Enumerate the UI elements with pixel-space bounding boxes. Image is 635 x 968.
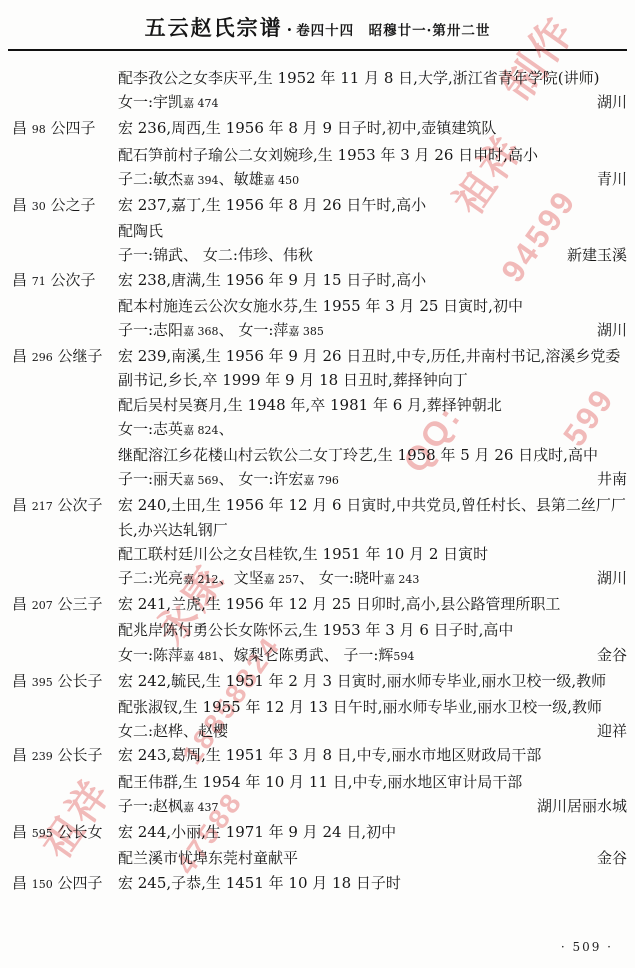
entry-row: 配兰溪市忧埠东莞村童献平金谷 bbox=[0, 846, 635, 870]
residence-place: 金谷 bbox=[597, 846, 627, 870]
entry-text: 子一:志阳嘉 368、 女一:萍嘉 385 bbox=[118, 318, 591, 344]
entry-row: 子二:光亮嘉 212、文坚嘉 257、 女一:晓叶嘉 243湖川 bbox=[0, 566, 635, 592]
entry-content: 子二:光亮嘉 212、文坚嘉 257、 女一:晓叶嘉 243湖川 bbox=[118, 566, 635, 592]
title-separator: · bbox=[283, 20, 297, 39]
entry-row: 配兆岸陈付勇公长女陈怀云,生 1953 年 3 月 6 日子时,高中 bbox=[0, 618, 635, 642]
entry-margin-label bbox=[0, 566, 118, 592]
entry-content: 子一:赵枫嘉 437湖川居丽水城 bbox=[118, 794, 635, 820]
entry-row: 配王伟群,生 1954 年 10 月 11 日,中专,丽水地区审计局干部 bbox=[0, 770, 635, 794]
rank-number: 71 bbox=[32, 275, 46, 288]
volume-subtitle: 卷四十四 昭穆廿一·第卅二世 bbox=[296, 23, 490, 39]
entry-text-segment: 子一:丽天 bbox=[118, 470, 183, 488]
entry-text: 配兰溪市忧埠东莞村童献平 bbox=[118, 846, 591, 870]
entry-margin-label bbox=[0, 443, 118, 467]
entry-margin-label bbox=[0, 770, 118, 794]
entry-row: 继配溶江乡花楼山村云钦公二女丁玲艺,生 1958 年 5 月 26 日戌时,高中 bbox=[0, 443, 635, 467]
entry-text-segment: 宏 243,葛周,生 1951 年 3 月 8 日,中专,丽水市地区财政局干部 bbox=[118, 746, 541, 764]
rank-number: 嘉 368 bbox=[183, 325, 219, 338]
entries-list: 配李孜公之女李庆平,生 1952 年 11 月 8 日,大学,浙江省青年学院(讲… bbox=[0, 66, 635, 897]
entry-margin-label bbox=[0, 318, 118, 344]
entry-row: 配陶氏 bbox=[0, 219, 635, 243]
entry-content: 宏 237,嘉丁,生 1956 年 8 月 26 日午时,高小 bbox=[118, 193, 635, 219]
entry-text: 女二:赵桦、赵樱 bbox=[118, 719, 591, 743]
rank-number: 嘉 385 bbox=[288, 325, 324, 338]
rank-number: 嘉 257 bbox=[264, 573, 300, 586]
entry-text-segment: 昌 bbox=[12, 496, 32, 514]
entry-content: 子二:敏杰嘉 394、敏雄嘉 450青川 bbox=[118, 167, 635, 193]
residence-place: 湖川居丽水城 bbox=[537, 794, 627, 818]
entry-text: 宏 244,小丽,生 1971 年 9 月 24 日,初中 bbox=[118, 820, 627, 844]
entry-text-segment: 继配溶江乡花楼山村云钦公二女丁玲艺,生 1958 年 5 月 26 日戌时,高中 bbox=[118, 446, 598, 464]
rank-number: 239 bbox=[32, 750, 53, 763]
residence-place: 湖川 bbox=[597, 90, 627, 114]
entry-text-segment: 公四子 bbox=[46, 119, 96, 137]
residence-place: 湖川 bbox=[597, 566, 627, 590]
entry-text-segment: 子一:锦武、 女二:伟珍、伟秋 bbox=[118, 246, 313, 264]
entry-content: 配工联村廷川公之女吕桂钦,生 1951 年 10 月 2 日寅时 bbox=[118, 542, 635, 566]
rank-number: 296 bbox=[32, 351, 53, 364]
rank-number: 595 bbox=[32, 827, 53, 840]
entry-row: 配后吴村吴赛月,生 1948 年,卒 1981 年 6 月,葬择钟朝北 bbox=[0, 393, 635, 417]
entry-text-segment: 子一:志阳 bbox=[118, 321, 183, 339]
entry-content: 宏 238,唐满,生 1956 年 9 月 15 日子时,高小 bbox=[118, 268, 635, 294]
entry-margin-label: 昌 296 公继子 bbox=[0, 344, 118, 392]
entry-row: 昌 395 公长子宏 242,毓民,生 1951 年 2 月 3 日寅时,丽水师… bbox=[0, 669, 635, 695]
rank-number: 嘉 243 bbox=[384, 573, 420, 586]
entry-content: 宏 239,南溪,生 1956 年 9 月 26 日丑时,中专,历任,井南村书记… bbox=[118, 344, 635, 392]
entry-margin-label bbox=[0, 294, 118, 318]
entry-text: 子一:锦武、 女二:伟珍、伟秋 bbox=[118, 243, 561, 267]
entry-text-segment: 宏 239,南溪,生 1956 年 9 月 26 日丑时,中专,历任,井南村书记… bbox=[118, 347, 620, 389]
entry-text-segment: 昌 bbox=[12, 271, 32, 289]
rank-number: 嘉 394 bbox=[183, 174, 219, 187]
entry-text: 宏 237,嘉丁,生 1956 年 8 月 26 日午时,高小 bbox=[118, 193, 627, 217]
entry-text-segment: 配后吴村吴赛月,生 1948 年,卒 1981 年 6 月,葬择钟朝北 bbox=[118, 396, 502, 414]
entry-content: 宏 242,毓民,生 1951 年 2 月 3 日寅时,丽水师专毕业,丽水卫校一… bbox=[118, 669, 635, 695]
entry-content: 配兰溪市忧埠东莞村童献平金谷 bbox=[118, 846, 635, 870]
entry-margin-label bbox=[0, 794, 118, 820]
entry-row: 昌 207 公三子宏 241,兰虎,生 1956 年 12 月 25 日卯时,高… bbox=[0, 592, 635, 618]
entry-margin-label bbox=[0, 66, 118, 90]
entry-text-segment: 昌 bbox=[12, 672, 32, 690]
entry-text-segment: 、 女一:许宏 bbox=[219, 470, 304, 488]
entry-margin-label bbox=[0, 618, 118, 642]
entry-text-segment: 子一:赵枫 bbox=[118, 797, 183, 815]
entry-margin-label bbox=[0, 90, 118, 116]
entry-row: 配石笋前村子瑜公二女刘婉珍,生 1953 年 3 月 26 日申时,高小 bbox=[0, 143, 635, 167]
entry-text: 宏 243,葛周,生 1951 年 3 月 8 日,中专,丽水市地区财政局干部 bbox=[118, 743, 627, 767]
entry-text-segment: 女一:陈萍 bbox=[118, 646, 183, 664]
entry-text-segment: 昌 bbox=[12, 823, 32, 841]
entry-text-segment: 公次子 bbox=[53, 496, 103, 514]
entry-text-segment: 女一:志英 bbox=[118, 420, 183, 438]
entry-content: 女一:陈萍嘉 481、嫁梨仑陈勇武、 子一:辉594金谷 bbox=[118, 643, 635, 669]
entry-content: 配兆岸陈付勇公长女陈怀云,生 1953 年 3 月 6 日子时,高中 bbox=[118, 618, 635, 642]
entry-text: 配陶氏 bbox=[118, 219, 627, 243]
entry-text-segment: 配兰溪市忧埠东莞村童献平 bbox=[118, 849, 298, 867]
page-header: 五云赵氏宗谱·卷四十四 昭穆廿一·第卅二世 bbox=[0, 0, 635, 42]
entry-text-segment: 公长子 bbox=[53, 746, 103, 764]
entry-text-segment: 公继子 bbox=[53, 347, 103, 365]
rank-number: 207 bbox=[32, 599, 53, 612]
entry-margin-label bbox=[0, 719, 118, 743]
rank-number: 98 bbox=[32, 123, 46, 136]
entry-text-segment: 子二:敏杰 bbox=[118, 170, 183, 188]
entry-margin-label bbox=[0, 695, 118, 719]
entry-text-segment: 公三子 bbox=[53, 595, 103, 613]
entry-text-segment: 、 bbox=[219, 420, 234, 438]
entry-text-segment: 昌 bbox=[12, 196, 32, 214]
entry-text-segment: 昌 bbox=[12, 746, 32, 764]
entry-text: 宏 241,兰虎,生 1956 年 12 月 25 日卯时,高小,县公路管理所职… bbox=[118, 592, 627, 616]
entry-row: 女一:陈萍嘉 481、嫁梨仑陈勇武、 子一:辉594金谷 bbox=[0, 643, 635, 669]
entry-text-segment: 、 女一:晓叶 bbox=[299, 569, 384, 587]
rank-number: 嘉 474 bbox=[183, 97, 219, 110]
residence-place: 迎祥 bbox=[597, 719, 627, 743]
entry-row: 子一:志阳嘉 368、 女一:萍嘉 385湖川 bbox=[0, 318, 635, 344]
entry-text: 宏 238,唐满,生 1956 年 9 月 15 日子时,高小 bbox=[118, 268, 627, 292]
entry-content: 配张淑钗,生 1955 年 12 月 13 日午时,丽水师专毕业,丽水卫校一级,… bbox=[118, 695, 635, 719]
rank-number: 30 bbox=[32, 200, 46, 213]
entry-text: 女一:宇凯嘉 474 bbox=[118, 90, 591, 116]
entry-content: 女二:赵桦、赵樱迎祥 bbox=[118, 719, 635, 743]
entry-row: 昌 71 公次子宏 238,唐满,生 1956 年 9 月 15 日子时,高小 bbox=[0, 268, 635, 294]
entry-text: 宏 239,南溪,生 1956 年 9 月 26 日丑时,中专,历任,井南村书记… bbox=[118, 344, 627, 392]
entry-text: 宏 236,周西,生 1956 年 8 月 9 日子时,初中,壶镇建筑队 bbox=[118, 116, 627, 140]
entry-content: 宏 244,小丽,生 1971 年 9 月 24 日,初中 bbox=[118, 820, 635, 846]
entry-row: 昌 150 公四子宏 245,子恭,生 1451 年 10 月 18 日子时 bbox=[0, 871, 635, 897]
entry-text: 宏 242,毓民,生 1951 年 2 月 3 日寅时,丽水师专毕业,丽水卫校一… bbox=[118, 669, 627, 693]
entry-text-segment: 昌 bbox=[12, 595, 32, 613]
entry-content: 宏 236,周西,生 1956 年 8 月 9 日子时,初中,壶镇建筑队 bbox=[118, 116, 635, 142]
entry-text: 配石笋前村子瑜公二女刘婉珍,生 1953 年 3 月 26 日申时,高小 bbox=[118, 143, 627, 167]
entry-text: 女一:陈萍嘉 481、嫁梨仑陈勇武、 子一:辉594 bbox=[118, 643, 591, 669]
entry-content: 子一:丽天嘉 569、 女一:许宏嘉 796井南 bbox=[118, 467, 635, 493]
entry-text-segment: 公长女 bbox=[53, 823, 103, 841]
rank-number: 217 bbox=[32, 500, 53, 513]
rank-number: 嘉 481 bbox=[183, 650, 219, 663]
entry-content: 配本村施连云公次女施水芬,生 1955 年 3 月 25 日寅时,初中 bbox=[118, 294, 635, 318]
entry-row: 配张淑钗,生 1955 年 12 月 13 日午时,丽水师专毕业,丽水卫校一级,… bbox=[0, 695, 635, 719]
entry-margin-label bbox=[0, 417, 118, 443]
entry-content: 女一:志英嘉 824、 bbox=[118, 417, 635, 443]
entry-margin-label: 昌 239 公长子 bbox=[0, 743, 118, 769]
entry-text: 宏 240,土田,生 1956 年 12 月 6 日寅时,中共党员,曾任村长、县… bbox=[118, 493, 627, 541]
rank-number: 150 bbox=[32, 878, 53, 891]
entry-text-segment: 、嫁梨仑陈勇武、 子一:辉 bbox=[219, 646, 394, 664]
rank-number: 594 bbox=[393, 650, 414, 663]
entry-text: 女一:志英嘉 824、 bbox=[118, 417, 627, 443]
entry-row: 子一:锦武、 女二:伟珍、伟秋新建玉溪 bbox=[0, 243, 635, 267]
entry-text: 配兆岸陈付勇公长女陈怀云,生 1953 年 3 月 6 日子时,高中 bbox=[118, 618, 627, 642]
entry-text-segment: 配本村施连云公次女施水芬,生 1955 年 3 月 25 日寅时,初中 bbox=[118, 297, 523, 315]
entry-text-segment: 、敏雄 bbox=[219, 170, 264, 188]
entry-text-segment: 女一:宇凯 bbox=[118, 93, 183, 111]
entry-margin-label bbox=[0, 167, 118, 193]
entry-row: 昌 595 公长女宏 244,小丽,生 1971 年 9 月 24 日,初中 bbox=[0, 820, 635, 846]
entry-margin-label bbox=[0, 467, 118, 493]
entry-text: 子一:赵枫嘉 437 bbox=[118, 794, 531, 820]
entry-content: 配李孜公之女李庆平,生 1952 年 11 月 8 日,大学,浙江省青年学院(讲… bbox=[118, 66, 635, 90]
genealogy-page: 制作祖祥94599599QQ:永康18858824祖祥47588 五云赵氏宗谱·… bbox=[0, 0, 635, 968]
rank-number: 395 bbox=[32, 676, 53, 689]
entry-row: 昌 217 公次子宏 240,土田,生 1956 年 12 月 6 日寅时,中共… bbox=[0, 493, 635, 541]
rank-number: 嘉 569 bbox=[183, 474, 219, 487]
entry-text-segment: 公之子 bbox=[46, 196, 96, 214]
entry-text-segment: 宏 245,子恭,生 1451 年 10 月 18 日子时 bbox=[118, 874, 401, 892]
entry-text-segment: 公长子 bbox=[53, 672, 103, 690]
entry-text-segment: 公次子 bbox=[46, 271, 96, 289]
entry-text-segment: 配兆岸陈付勇公长女陈怀云,生 1953 年 3 月 6 日子时,高中 bbox=[118, 621, 513, 639]
entry-text: 子二:敏杰嘉 394、敏雄嘉 450 bbox=[118, 167, 591, 193]
entry-margin-label bbox=[0, 393, 118, 417]
entry-text-segment: 、 女一:萍 bbox=[219, 321, 289, 339]
entry-text-segment: 宏 241,兰虎,生 1956 年 12 月 25 日卯时,高小,县公路管理所职… bbox=[118, 595, 560, 613]
entry-margin-label: 昌 217 公次子 bbox=[0, 493, 118, 541]
entry-text-segment: 公四子 bbox=[53, 874, 103, 892]
entry-row: 子二:敏杰嘉 394、敏雄嘉 450青川 bbox=[0, 167, 635, 193]
entry-text: 配后吴村吴赛月,生 1948 年,卒 1981 年 6 月,葬择钟朝北 bbox=[118, 393, 627, 417]
entry-margin-label: 昌 71 公次子 bbox=[0, 268, 118, 294]
entry-margin-label bbox=[0, 846, 118, 870]
entry-text-segment: 配张淑钗,生 1955 年 12 月 13 日午时,丽水师专毕业,丽水卫校一级,… bbox=[118, 698, 602, 716]
entry-margin-label bbox=[0, 243, 118, 267]
entry-text: 配工联村廷川公之女吕桂钦,生 1951 年 10 月 2 日寅时 bbox=[118, 542, 627, 566]
entry-text: 配张淑钗,生 1955 年 12 月 13 日午时,丽水师专毕业,丽水卫校一级,… bbox=[118, 695, 627, 719]
entry-margin-label: 昌 595 公长女 bbox=[0, 820, 118, 846]
entry-text-segment: 宏 240,土田,生 1956 年 12 月 6 日寅时,中共党员,曾任村长、县… bbox=[118, 496, 626, 538]
entry-text: 继配溶江乡花楼山村云钦公二女丁玲艺,生 1958 年 5 月 26 日戌时,高中 bbox=[118, 443, 627, 467]
entry-text-segment: 配王伟群,生 1954 年 10 月 11 日,中专,丽水地区审计局干部 bbox=[118, 773, 522, 791]
residence-place: 湖川 bbox=[597, 318, 627, 342]
entry-row: 子一:丽天嘉 569、 女一:许宏嘉 796井南 bbox=[0, 467, 635, 493]
entry-text-segment: 宏 238,唐满,生 1956 年 9 月 15 日子时,高小 bbox=[118, 271, 426, 289]
entry-margin-label: 昌 207 公三子 bbox=[0, 592, 118, 618]
entry-margin-label: 昌 98 公四子 bbox=[0, 116, 118, 142]
rank-number: 嘉 824 bbox=[183, 424, 219, 437]
rank-number: 嘉 212 bbox=[183, 573, 219, 586]
entry-text: 配李孜公之女李庆平,生 1952 年 11 月 8 日,大学,浙江省青年学院(讲… bbox=[118, 66, 627, 90]
rank-number: 嘉 450 bbox=[264, 174, 300, 187]
entry-content: 子一:志阳嘉 368、 女一:萍嘉 385湖川 bbox=[118, 318, 635, 344]
entry-row: 女一:志英嘉 824、 bbox=[0, 417, 635, 443]
rank-number: 嘉 796 bbox=[303, 474, 339, 487]
entry-text-segment: 昌 bbox=[12, 347, 32, 365]
entry-content: 宏 245,子恭,生 1451 年 10 月 18 日子时 bbox=[118, 871, 635, 897]
entry-margin-label bbox=[0, 542, 118, 566]
entry-margin-label: 昌 395 公长子 bbox=[0, 669, 118, 695]
entry-text: 子二:光亮嘉 212、文坚嘉 257、 女一:晓叶嘉 243 bbox=[118, 566, 591, 592]
entry-row: 女一:宇凯嘉 474湖川 bbox=[0, 90, 635, 116]
entry-margin-label: 昌 30 公之子 bbox=[0, 193, 118, 219]
entry-text-segment: 配工联村廷川公之女吕桂钦,生 1951 年 10 月 2 日寅时 bbox=[118, 545, 488, 563]
entry-text: 配本村施连云公次女施水芬,生 1955 年 3 月 25 日寅时,初中 bbox=[118, 294, 627, 318]
entry-row: 子一:赵枫嘉 437湖川居丽水城 bbox=[0, 794, 635, 820]
entry-row: 配本村施连云公次女施水芬,生 1955 年 3 月 25 日寅时,初中 bbox=[0, 294, 635, 318]
entry-content: 子一:锦武、 女二:伟珍、伟秋新建玉溪 bbox=[118, 243, 635, 267]
entry-content: 配石笋前村子瑜公二女刘婉珍,生 1953 年 3 月 26 日申时,高小 bbox=[118, 143, 635, 167]
entry-text-segment: 配石笋前村子瑜公二女刘婉珍,生 1953 年 3 月 26 日申时,高小 bbox=[118, 146, 538, 164]
page-number: · 509 · bbox=[561, 940, 613, 954]
header-rule bbox=[8, 49, 627, 51]
entry-text: 宏 245,子恭,生 1451 年 10 月 18 日子时 bbox=[118, 871, 627, 895]
entry-row: 昌 239 公长子宏 243,葛周,生 1951 年 3 月 8 日,中专,丽水… bbox=[0, 743, 635, 769]
entry-text-segment: 昌 bbox=[12, 119, 32, 137]
entry-row: 昌 98 公四子宏 236,周西,生 1956 年 8 月 9 日子时,初中,壶… bbox=[0, 116, 635, 142]
residence-place: 金谷 bbox=[597, 643, 627, 667]
entry-text-segment: 宏 244,小丽,生 1971 年 9 月 24 日,初中 bbox=[118, 823, 396, 841]
entry-margin-label: 昌 150 公四子 bbox=[0, 871, 118, 897]
entry-row: 女二:赵桦、赵樱迎祥 bbox=[0, 719, 635, 743]
entry-row: 配李孜公之女李庆平,生 1952 年 11 月 8 日,大学,浙江省青年学院(讲… bbox=[0, 66, 635, 90]
book-title: 五云赵氏宗谱 bbox=[145, 15, 283, 40]
entry-text: 配王伟群,生 1954 年 10 月 11 日,中专,丽水地区审计局干部 bbox=[118, 770, 627, 794]
entry-text-segment: 宏 242,毓民,生 1951 年 2 月 3 日寅时,丽水师专毕业,丽水卫校一… bbox=[118, 672, 606, 690]
entry-content: 宏 241,兰虎,生 1956 年 12 月 25 日卯时,高小,县公路管理所职… bbox=[118, 592, 635, 618]
entry-row: 配工联村廷川公之女吕桂钦,生 1951 年 10 月 2 日寅时 bbox=[0, 542, 635, 566]
entry-text-segment: 配陶氏 bbox=[118, 222, 163, 240]
entry-row: 昌 30 公之子宏 237,嘉丁,生 1956 年 8 月 26 日午时,高小 bbox=[0, 193, 635, 219]
entry-row: 昌 296 公继子宏 239,南溪,生 1956 年 9 月 26 日丑时,中专… bbox=[0, 344, 635, 392]
entry-text: 子一:丽天嘉 569、 女一:许宏嘉 796 bbox=[118, 467, 591, 493]
entry-content: 宏 240,土田,生 1956 年 12 月 6 日寅时,中共党员,曾任村长、县… bbox=[118, 493, 635, 541]
residence-place: 新建玉溪 bbox=[567, 243, 627, 267]
entry-content: 宏 243,葛周,生 1951 年 3 月 8 日,中专,丽水市地区财政局干部 bbox=[118, 743, 635, 769]
entry-content: 女一:宇凯嘉 474湖川 bbox=[118, 90, 635, 116]
entry-text-segment: 宏 237,嘉丁,生 1956 年 8 月 26 日午时,高小 bbox=[118, 196, 426, 214]
entry-text-segment: 宏 236,周西,生 1956 年 8 月 9 日子时,初中,壶镇建筑队 bbox=[118, 119, 496, 137]
entry-margin-label bbox=[0, 643, 118, 669]
entry-text-segment: 配李孜公之女李庆平,生 1952 年 11 月 8 日,大学,浙江省青年学院(讲… bbox=[118, 69, 599, 87]
entry-text-segment: 、文坚 bbox=[219, 569, 264, 587]
entry-content: 配陶氏 bbox=[118, 219, 635, 243]
entry-text-segment: 子二:光亮 bbox=[118, 569, 183, 587]
entry-text-segment: 昌 bbox=[12, 874, 32, 892]
residence-place: 青川 bbox=[597, 167, 627, 191]
rank-number: 嘉 437 bbox=[183, 801, 219, 814]
residence-place: 井南 bbox=[597, 467, 627, 491]
entry-text-segment: 女二:赵桦、赵樱 bbox=[118, 722, 228, 740]
entry-margin-label bbox=[0, 143, 118, 167]
entry-margin-label bbox=[0, 219, 118, 243]
entry-content: 继配溶江乡花楼山村云钦公二女丁玲艺,生 1958 年 5 月 26 日戌时,高中 bbox=[118, 443, 635, 467]
entry-content: 配后吴村吴赛月,生 1948 年,卒 1981 年 6 月,葬择钟朝北 bbox=[118, 393, 635, 417]
entry-content: 配王伟群,生 1954 年 10 月 11 日,中专,丽水地区审计局干部 bbox=[118, 770, 635, 794]
